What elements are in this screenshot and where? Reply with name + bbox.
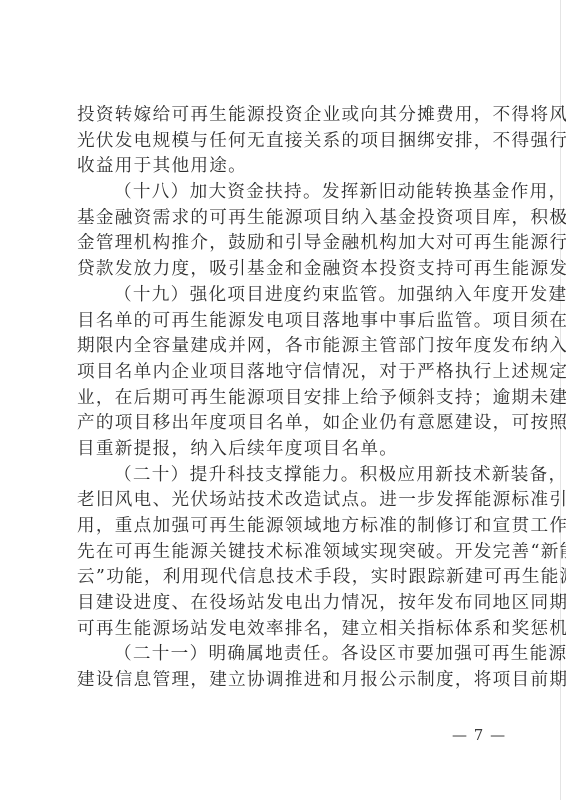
paragraph-18-funding-support: （十八）加大资金扶持。发挥新旧动能转换基金作用，将有 基金融资需求的可再生能源项…	[77, 180, 495, 283]
text-line: 可再生能源场站发电效率排名，建立相关指标体系和奖惩机制。	[77, 617, 495, 643]
paragraph-19-progress-supervision: （十九）强化项目进度约束监管。加强纳入年度开发建设项 目名单的可再生能源发电项目…	[77, 283, 495, 463]
text-line: （二十）提升科技支撑能力。积极应用新技术新装备，开展	[77, 463, 495, 489]
text-line: 投资转嫁给可再生能源投资企业或向其分摊费用，不得将风电、	[77, 103, 495, 129]
text-line: 目名单的可再生能源发电项目落地事中事后监管。项目须在承诺	[77, 309, 495, 335]
text-line: 期限内全容量建成并网，各市能源主管部门按年度发布纳入年度	[77, 334, 495, 360]
text-line: 基金融资需求的可再生能源项目纳入基金投资项目库，积极向基	[77, 206, 495, 232]
paragraph-20-tech-support: （二十）提升科技支撑能力。积极应用新技术新装备，开展 老旧风电、光伏场站技术改造…	[77, 463, 495, 643]
text-line: 业，在后期可再生能源项目安排上给予倾斜支持；逾期未建成投	[77, 386, 495, 412]
text-line: 目建设进度、在役场站发电出力情况，按年发布同地区同期投产	[77, 591, 495, 617]
text-line: 产的项目移出年度项目名单，如企业仍有意愿建设，可按照新项	[77, 411, 495, 437]
page-number: — 7 —	[452, 726, 506, 744]
text-line: 收益用于其他用途。	[77, 154, 495, 180]
text-line: 光伏发电规模与任何无直接关系的项目捆绑安排，不得强行提取	[77, 129, 495, 155]
text-line: 老旧风电、光伏场站技术改造试点。进一步发挥能源标准引领作	[77, 488, 495, 514]
text-line: 先在可再生能源关键技术标准领域实现突破。开发完善“新能源	[77, 540, 495, 566]
text-line: （十九）强化项目进度约束监管。加强纳入年度开发建设项	[77, 283, 495, 309]
text-line: 目重新提报，纳入后续年度项目名单。	[77, 437, 495, 463]
paragraph-continuation: 投资转嫁给可再生能源投资企业或向其分摊费用，不得将风电、 光伏发电规模与任何无直…	[77, 103, 495, 180]
text-line: 贷款发放力度，吸引基金和金融资本投资支持可再生能源发展。	[77, 257, 495, 283]
document-body: 投资转嫁给可再生能源投资企业或向其分摊费用，不得将风电、 光伏发电规模与任何无直…	[77, 103, 495, 694]
text-line: 项目名单内企业项目落地守信情况，对于严格执行上述规定的企	[77, 360, 495, 386]
text-line: 建设信息管理，建立协调推进和月报公示制度，将项目前期推进、	[77, 668, 495, 694]
paragraph-21-local-responsibility: （二十一）明确属地责任。各设区市要加强可再生能源项目 建设信息管理，建立协调推进…	[77, 642, 495, 693]
text-line: （二十一）明确属地责任。各设区市要加强可再生能源项目	[77, 642, 495, 668]
text-line: （十八）加大资金扶持。发挥新旧动能转换基金作用，将有	[77, 180, 495, 206]
text-line: 云”功能，利用现代信息技术手段，实时跟踪新建可再生能源项	[77, 565, 495, 591]
text-line: 金管理机构推介，鼓励和引导金融机构加大对可再生能源行业的	[77, 231, 495, 257]
text-line: 用，重点加强可再生能源领域地方标准的制修订和宣贯工作，率	[77, 514, 495, 540]
